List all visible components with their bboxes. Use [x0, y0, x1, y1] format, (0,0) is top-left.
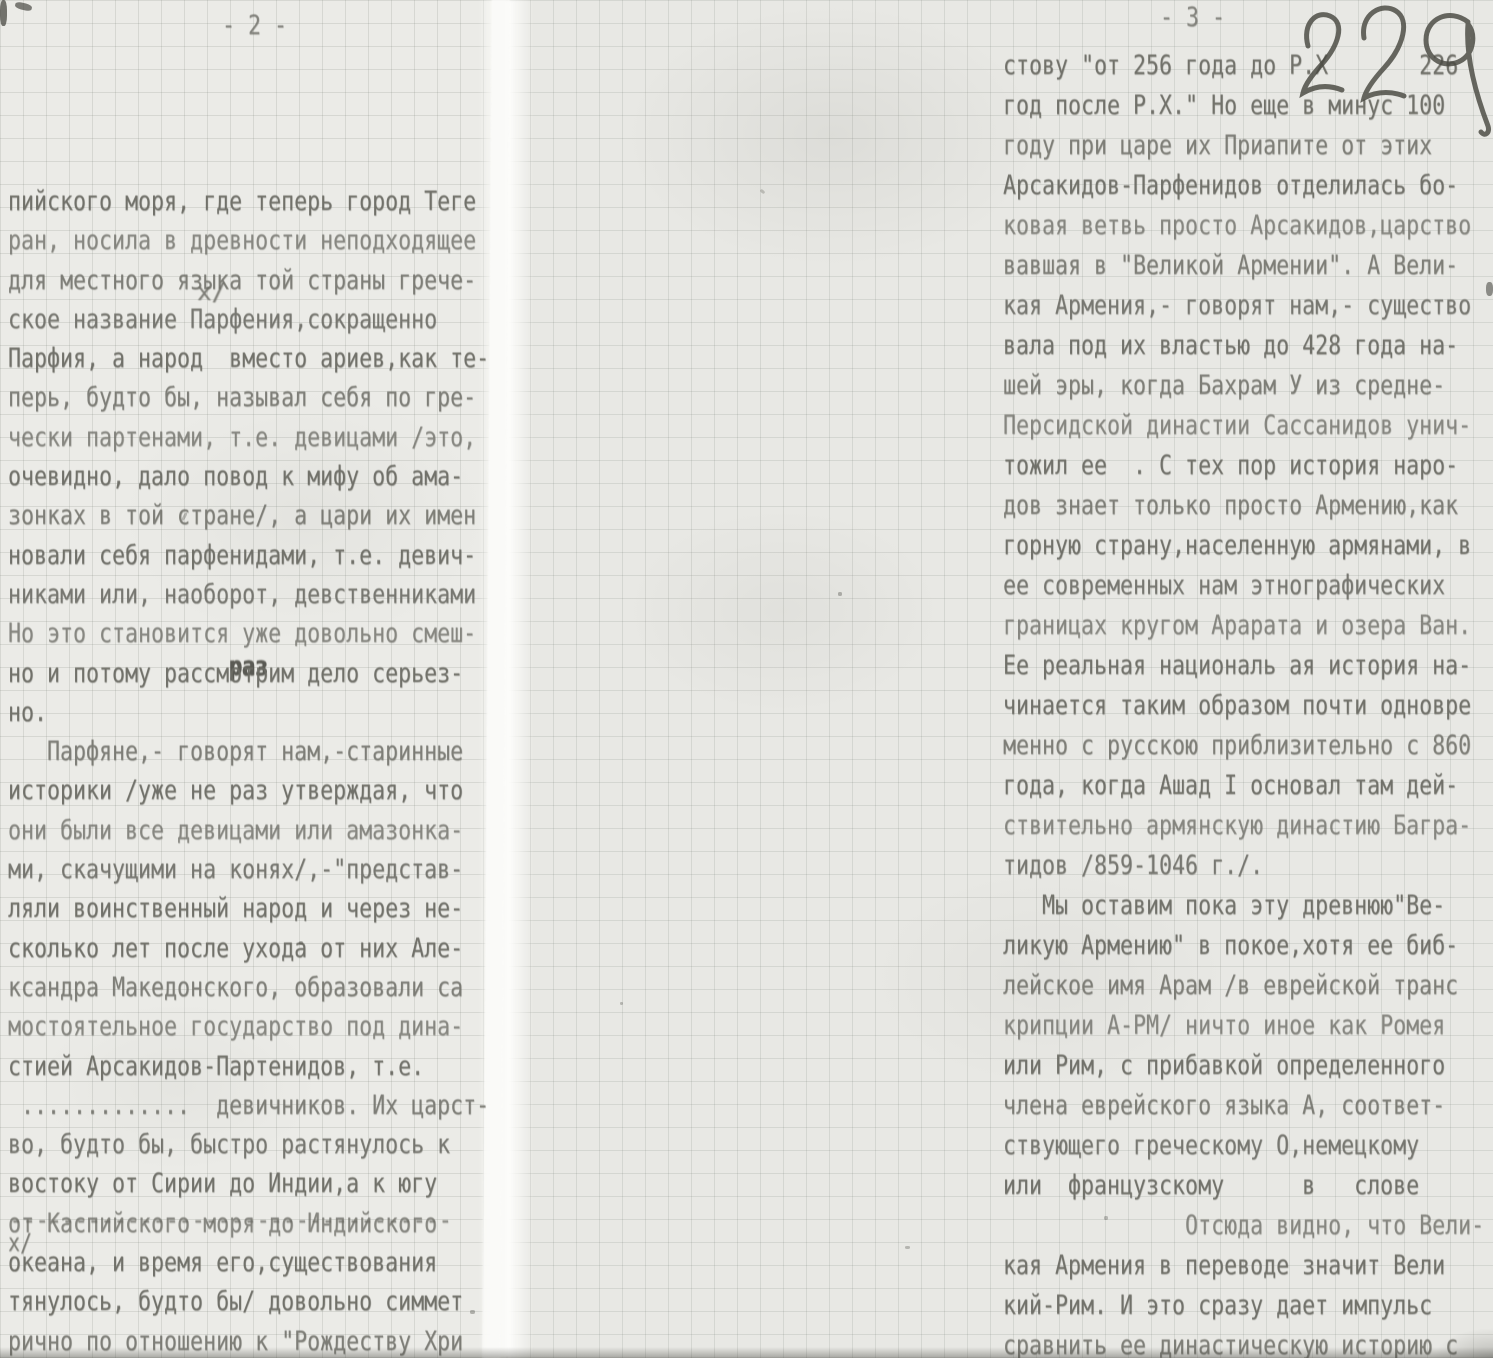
typed-line: они были все девицами или амазонка- [8, 811, 520, 850]
typed-line: ксандра Македонского, образовали са [8, 968, 520, 1007]
right-page-text: стову "от 256 года до Р.Х 226год после Р… [1003, 46, 1493, 1358]
typed-line: Парфия, а народ вместо ариев,как те- [8, 339, 520, 378]
typed-line: кая Армения,- говорят нам,- существо [1003, 286, 1493, 326]
typed-line: чинается таким образом почти одновре [1003, 686, 1493, 726]
typed-line: менно с русскою приблизительно с 860 [1003, 726, 1493, 766]
typed-line: ковая ветвь просто Арсакидов,царство [1003, 206, 1493, 246]
typed-line: вала под их властью до 428 года на- [1003, 326, 1493, 366]
interline-footnote-marker: х/ [197, 278, 226, 306]
paper-speck [905, 1246, 910, 1249]
typed-line: Но это становится уже довольно смеш- [8, 614, 520, 653]
paper-speck [299, 941, 303, 945]
scan-corner-shadow [1403, 1308, 1493, 1358]
typed-line: Парфяне,- говорят нам,-старинные [8, 732, 520, 771]
typed-line: никами или, наоборот, девственниками [8, 575, 520, 614]
typed-line: пийского моря, где теперь город Теге [8, 182, 520, 221]
typed-line: Персидской династии Сассанидов унич- [1003, 406, 1493, 446]
left-page-text: раз ---------------------------------- х… [8, 58, 520, 1358]
typed-line: но. [8, 693, 520, 732]
typed-line: дов знает только просто Армению,как [1003, 486, 1493, 526]
paper-speck [838, 592, 842, 596]
paper-speck [1104, 1216, 1108, 1220]
left-page-number: - 2 - [222, 10, 287, 41]
typed-line: очевидно, дало повод к мифу об ама- [8, 457, 520, 496]
typed-line: сколько лет после ухода от них Але- [8, 929, 520, 968]
typed-line: зонках в той стране/, а цари их имен [8, 496, 520, 535]
right-page-number: - 3 - [1160, 2, 1225, 33]
typed-line: востоку от Сирии до Индии,а к югу [8, 1164, 520, 1203]
typed-line: перь, будто бы, называл себя по гре- [8, 378, 520, 417]
typed-line: Ее реальная националь ая история на- [1003, 646, 1493, 686]
typed-line: шей эры, когда Бахрам У из средне- [1003, 366, 1493, 406]
typed-line: тожил ее . С тех пор история наро- [1003, 446, 1493, 486]
typed-line: ран, носила в древности неподходящее [8, 221, 520, 260]
typed-line: ликую Армению" в покое,хотя ее биб- [1003, 926, 1493, 966]
typed-line: океана, и время его,существования [8, 1243, 520, 1282]
typed-line: ствительно армянскую династию Багра- [1003, 806, 1493, 846]
scan-edge-shadow [0, 1347, 1493, 1358]
typed-line: границах кругом Арарата и озера Ван. [1003, 606, 1493, 646]
typed-line: во, будто бы, быстро растянулось к [8, 1125, 520, 1164]
typed-line: но и потому рассмотрим дело серьез- [8, 654, 520, 693]
typed-line: горную страну,населенную армянами, в [1003, 526, 1493, 566]
typed-line: ствующего греческому О,немецкому [1003, 1126, 1493, 1166]
typed-line: новали себя парфенидами, т.е. девич- [8, 536, 520, 575]
typed-line: мостоятельное государство под дина- [8, 1007, 520, 1046]
typed-line: крипции А-РМ/ ничто иное как Ромея [1003, 1006, 1493, 1046]
typed-line: Арсакидов-Парфенидов отделилась бо- [1003, 166, 1493, 206]
scan-mark [1486, 282, 1493, 296]
handwritten-page-number [1272, 0, 1493, 146]
scan-mark [0, 0, 7, 26]
typed-line: Мы оставим пока эту древнюю"Ве- [1003, 886, 1493, 926]
typed-line: года, когда Ашад I основал там дей- [1003, 766, 1493, 806]
typed-line: ляли воинственный народ и через не- [8, 889, 520, 928]
typed-line: тянулось, будто бы/ довольно симмет [8, 1282, 520, 1321]
typed-line: члена еврейского языка А, соответ- [1003, 1086, 1493, 1126]
typed-line: Отсюда видно, что Вели- [1003, 1206, 1493, 1246]
typed-line: ское название Парфения,сокращенно [8, 300, 520, 339]
typed-line: от Каспийского моря до Индийского [8, 1204, 520, 1243]
typed-line: лейское имя Арам /в еврейской транс [1003, 966, 1493, 1006]
paper-speck [470, 1310, 475, 1314]
typed-line: кая Армения в переводе значит Вели [1003, 1246, 1493, 1286]
typed-line: или Рим, с прибавкой определенного [1003, 1046, 1493, 1086]
paper-speck [620, 1002, 623, 1005]
typed-line: для местного языка той страны грече- [8, 261, 520, 300]
typed-line: или французскому в слове [1003, 1166, 1493, 1206]
typed-line: вавшая в "Великой Армении". А Вели- [1003, 246, 1493, 286]
typed-line: стией Арсакидов-Партенидов, т.е. [8, 1047, 520, 1086]
typed-line: историки /уже не раз утверждая, что [8, 771, 520, 810]
typed-line: тидов /859-1046 г./. [1003, 846, 1493, 886]
typed-line: ее современных нам этнографических [1003, 566, 1493, 606]
typed-line: чески партенами, т.е. девицами /это, [8, 418, 520, 457]
typed-line: ............. девичников. Их царст- [8, 1086, 520, 1125]
typed-line: ми, скачущими на конях/,-"представ- [8, 850, 520, 889]
